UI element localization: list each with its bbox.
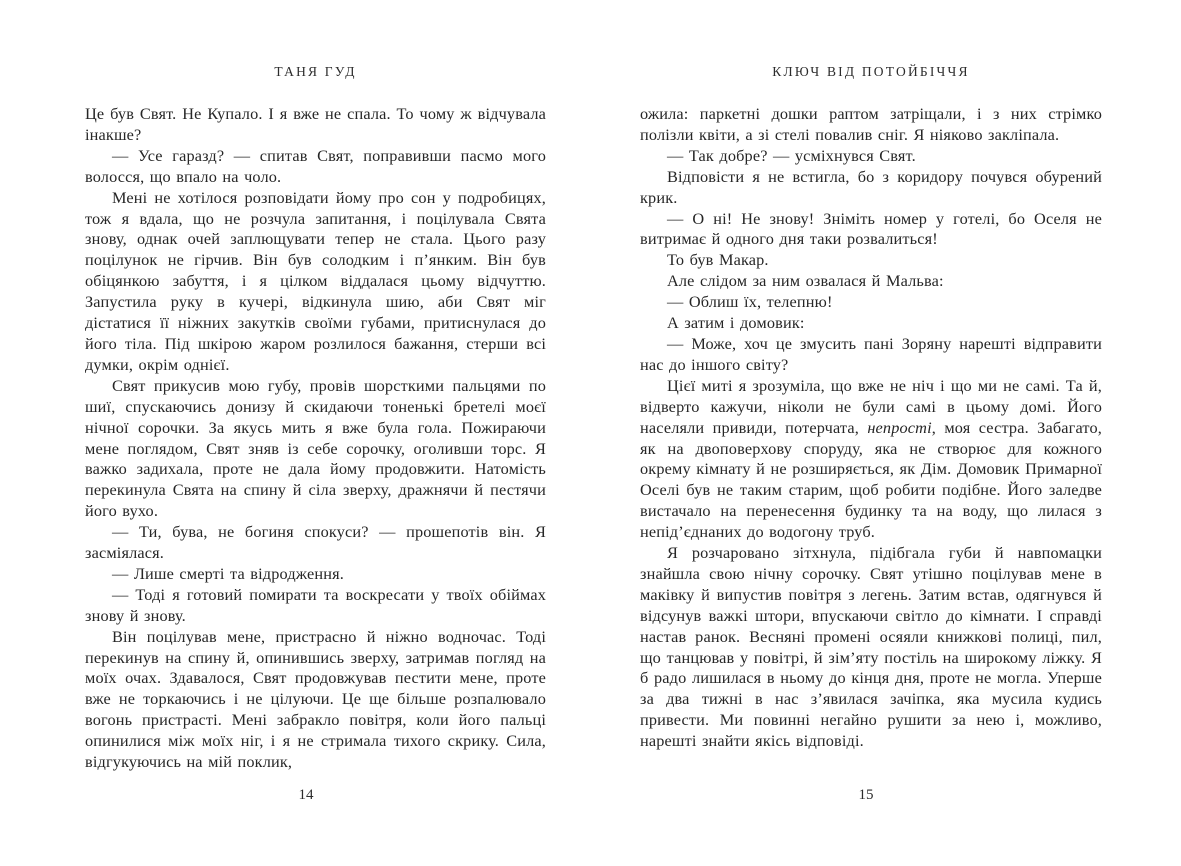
- body-text: — О ні! Не знову! Зніміть номер у готелі…: [640, 209, 1102, 249]
- page-right: КЛЮЧ ВІД ПОТОЙБІЧЧЯ ожила: паркетні дошк…: [640, 64, 1102, 752]
- body-text: Відповісти я не встигла, бо з коридору п…: [640, 167, 1102, 207]
- body-text: Це був Свят. Не Купало. І я вже не спала…: [85, 104, 546, 144]
- body-text: То був Макар.: [667, 250, 769, 269]
- paragraph: — Може, хоч це змусить пані Зоряну нареш…: [640, 334, 1102, 376]
- body-text: — Усе гаразд? — спитав Свят, поправивши …: [85, 146, 546, 186]
- paragraph: Цієї миті я зрозуміла, що вже не ніч і щ…: [640, 376, 1102, 543]
- paragraph: Він поцілував мене, пристрасно й ніжно в…: [85, 627, 546, 773]
- paragraph: — О ні! Не знову! Зніміть номер у готелі…: [640, 209, 1102, 251]
- body-text: Він поцілував мене, пристрасно й ніжно в…: [85, 627, 546, 771]
- paragraph: Свят прикусив мою губу, провів шорсткими…: [85, 376, 546, 522]
- paragraph: — Усе гаразд? — спитав Свят, поправивши …: [85, 146, 546, 188]
- body-text: — Лише смерті та відродження.: [112, 564, 344, 583]
- book-spread: ТАНЯ ГУД Це був Свят. Не Купало. І я вже…: [0, 0, 1181, 866]
- italic-text: непрості: [867, 418, 931, 437]
- folio-left: 14: [276, 787, 336, 804]
- body-text: Свят прикусив мою губу, провів шорсткими…: [85, 376, 546, 520]
- paragraph: Але слідом за ним озвалася й Мальва:: [640, 271, 1102, 292]
- running-head-author: ТАНЯ ГУД: [85, 64, 546, 80]
- page-left: ТАНЯ ГУД Це був Свят. Не Купало. І я вже…: [85, 64, 546, 773]
- body-text: — Тоді я готовий помирати та воскресати …: [85, 585, 546, 625]
- body-text: — Облиш їх, телепню!: [667, 292, 833, 311]
- body-text: ожила: паркетні дошки раптом затріщали, …: [640, 104, 1102, 144]
- paragraph: То був Макар.: [640, 250, 1102, 271]
- paragraph: Я розчаровано зітхнула, підібгала губи й…: [640, 543, 1102, 752]
- body-text: — Ти, бува, не богиня спокуси? — прошепо…: [85, 522, 546, 562]
- paragraph: Відповісти я не встигла, бо з коридору п…: [640, 167, 1102, 209]
- body-text: — Може, хоч це змусить пані Зоряну нареш…: [640, 334, 1102, 374]
- paragraph: Це був Свят. Не Купало. І я вже не спала…: [85, 104, 546, 146]
- paragraph: Мені не хотілося розповідати йому про со…: [85, 188, 546, 376]
- folio-right: 15: [836, 787, 896, 804]
- paragraph: — Так добре? — усміхнувся Свят.: [640, 146, 1102, 167]
- body-text: Я розчаровано зітхнула, підібгала губи й…: [640, 543, 1102, 750]
- running-head-title: КЛЮЧ ВІД ПОТОЙБІЧЧЯ: [640, 64, 1102, 80]
- page-body-left: Це був Свят. Не Купало. І я вже не спала…: [85, 104, 546, 773]
- paragraph: — Ти, бува, не богиня спокуси? — прошепо…: [85, 522, 546, 564]
- body-text: Мені не хотілося розповідати йому про со…: [85, 188, 546, 374]
- paragraph: — Тоді я готовий помирати та воскресати …: [85, 585, 546, 627]
- body-text: — Так добре? — усміхнувся Свят.: [667, 146, 916, 165]
- body-text: Але слідом за ним озвалася й Мальва:: [667, 271, 944, 290]
- paragraph: А затим і домовик:: [640, 313, 1102, 334]
- body-text: А затим і домовик:: [667, 313, 805, 332]
- paragraph: — Облиш їх, телепню!: [640, 292, 1102, 313]
- page-body-right: ожила: паркетні дошки раптом затріщали, …: [640, 104, 1102, 752]
- paragraph: — Лише смерті та відродження.: [85, 564, 546, 585]
- paragraph: ожила: паркетні дошки раптом затріщали, …: [640, 104, 1102, 146]
